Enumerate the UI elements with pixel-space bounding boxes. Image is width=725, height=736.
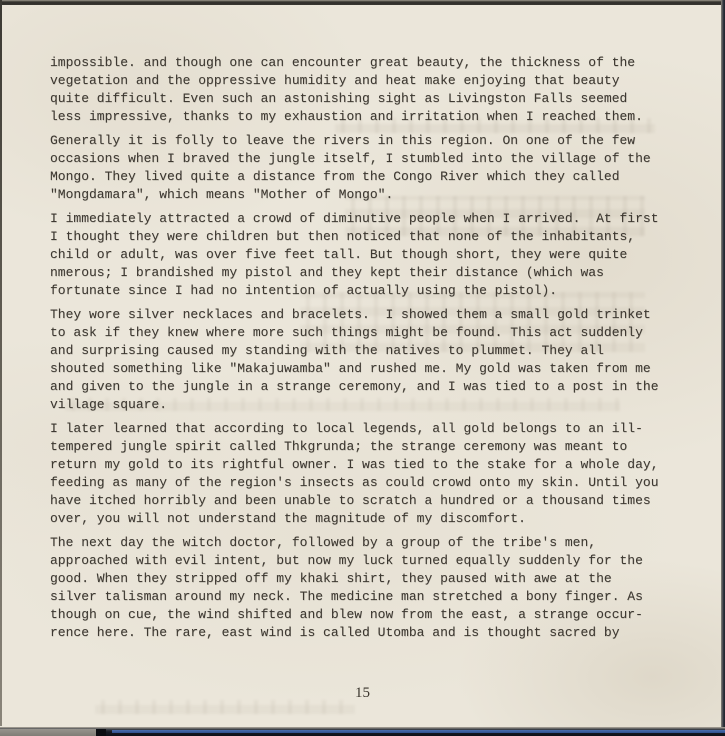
binding-blue-line xyxy=(112,730,725,733)
scan-edge-top xyxy=(0,0,725,5)
paragraph-6: The next day the witch doctor, followed … xyxy=(50,534,682,642)
paragraph-4: They wore silver necklaces and bracelets… xyxy=(50,306,682,414)
showthrough-smudge xyxy=(95,700,355,714)
scan-edge-bottom xyxy=(0,727,725,736)
scan-edge-right xyxy=(721,0,725,727)
page-number: 15 xyxy=(0,684,725,702)
scan-edge-left xyxy=(0,0,2,726)
paragraph-3: I immediately attracted a crowd of dimin… xyxy=(50,210,682,300)
scan-edge-bottom-gray-segment xyxy=(0,729,106,736)
scanned-page: impossible. and though one can encounter… xyxy=(0,0,725,736)
paragraph-2: Generally it is folly to leave the river… xyxy=(50,132,682,204)
journal-text-block: impossible. and though one can encounter… xyxy=(50,54,682,648)
paragraph-1: impossible. and though one can encounter… xyxy=(50,54,682,126)
paragraph-5: I later learned that according to local … xyxy=(50,420,682,528)
